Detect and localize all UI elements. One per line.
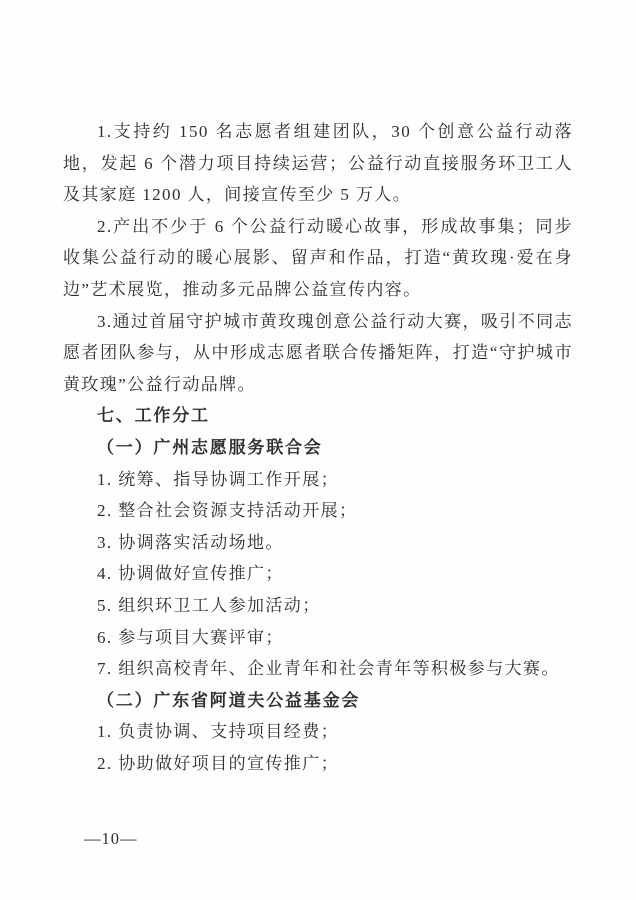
subheading-org-2: （二）广东省阿道夫公益基金会	[63, 685, 573, 717]
org-2-task-1: 1. 负责协调、支持项目经费；	[63, 716, 573, 748]
org-1-task-5: 5. 组织环卫工人参加活动；	[63, 590, 573, 622]
org-1-task-7: 7. 组织高校青年、企业青年和社会青年等积极参与大赛。	[63, 653, 573, 685]
paragraph-goal-2: 2.产出不少于 6 个公益行动暖心故事，形成故事集；同步收集公益行动的暖心展影、…	[63, 211, 573, 306]
subheading-org-1: （一）广州志愿服务联合会	[63, 432, 573, 464]
document-content: 1.支持约 150 名志愿者组建团队，30 个创意公益行动落地，发起 6 个潜力…	[63, 116, 573, 779]
org-1-task-6: 6. 参与项目大赛评审；	[63, 622, 573, 654]
document-page: 1.支持约 150 名志愿者组建团队，30 个创意公益行动落地，发起 6 个潜力…	[0, 0, 636, 900]
org-1-task-4: 4. 协调做好宣传推广；	[63, 558, 573, 590]
section-heading-work-division: 七、工作分工	[63, 400, 573, 432]
paragraph-goal-1: 1.支持约 150 名志愿者组建团队，30 个创意公益行动落地，发起 6 个潜力…	[63, 116, 573, 211]
paragraph-goal-3: 3.通过首届守护城市黄玫瑰创意公益行动大赛，吸引不同志愿者团队参与，从中形成志愿…	[63, 306, 573, 401]
org-1-task-2: 2. 整合社会资源支持活动开展；	[63, 495, 573, 527]
org-1-task-1: 1. 统筹、指导协调工作开展；	[63, 464, 573, 496]
org-1-task-3: 3. 协调落实活动场地。	[63, 527, 573, 559]
org-2-task-2: 2. 协助做好项目的宣传推广；	[63, 748, 573, 780]
page-number: —10—	[84, 829, 138, 849]
